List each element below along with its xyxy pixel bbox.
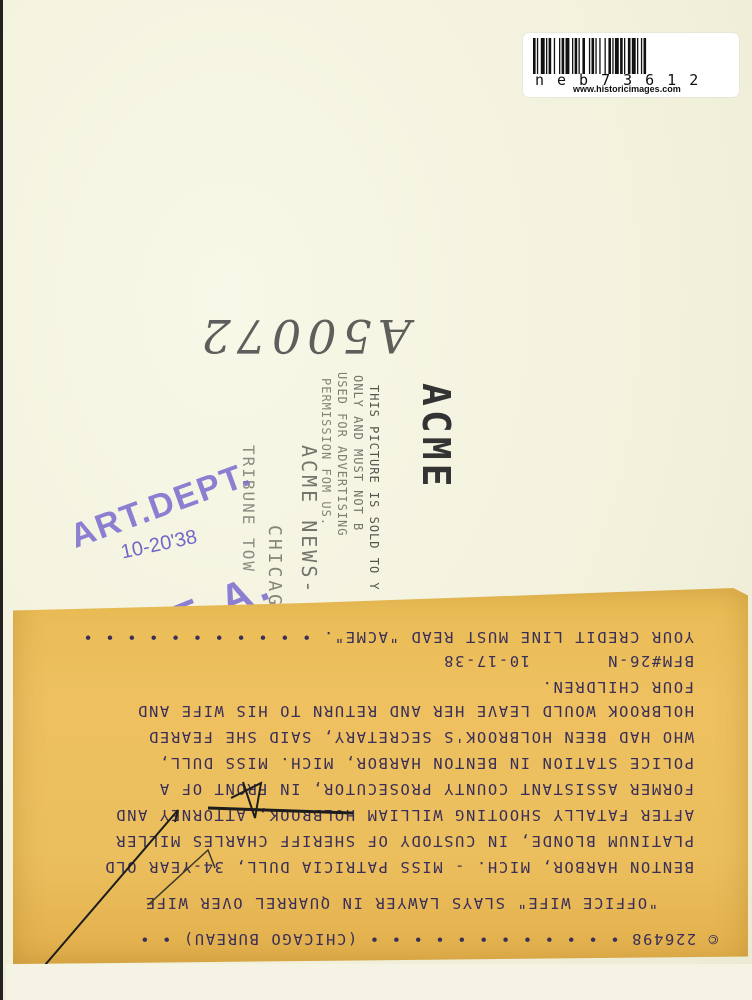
caption-body-line: WHO HAD BEEN HOLBROOK'S SECRETARY, SAID … [147,728,694,746]
barcode-icon [533,38,729,74]
bottom-margin [6,964,752,1000]
caption-bureau: • • • • • • • • • • • • (CHICAGO BUREAU)… [139,930,620,948]
caption-body-line: HOLBROOK WOULD LEAVE HER AND RETURN TO H… [136,702,694,720]
caption-body-line: POLICE STATION IN BENTON HARBOR, MICH. M… [158,754,694,772]
photo-back: neb73612 www.historicimages.com A50072 A… [0,0,752,1000]
caption-serial: © 226498 [631,930,718,948]
caption-body-line: PLATINUM BLONDE, IN CUSTODY OF SHERIFF C… [115,832,694,850]
barcode-url: www.historicimages.com [573,84,681,94]
caption-body-line: AFTER FATALLY SHOOTING WILLIAM HOLBROOK,… [115,806,694,824]
caption-body-line: FOUR CHILDREN. [541,678,694,696]
caption-body-line: BENTON HARBOR, MICH. - MISS PATRICIA DUL… [104,858,694,876]
caption-date: 10-17-38 [443,652,530,670]
caption-code: BFM#26-N [607,652,694,670]
acme-stamp-line: PERMISSION FOM US. [319,378,333,526]
credit-line: YOUR CREDIT LINE MUST READ "ACME". • • •… [82,628,694,646]
caption-code-date: BFM#26-N 10-17-38 [443,652,694,670]
caption-slip: YOUR CREDIT LINE MUST READ "ACME". • • •… [13,588,748,964]
acme-stamp-line: USED FOR ADVERTISING [335,372,349,537]
caption-headline: "OFFICE WIFE" SLAYS LAWYER IN QUARREL OV… [144,894,658,912]
caption-text: YOUR CREDIT LINE MUST READ "ACME". • • •… [13,588,748,964]
caption-serial-bureau: © 226498 • • • • • • • • • • • • (CHICAG… [139,930,718,948]
acme-stamp-line: ONLY AND MUST NOT B [351,375,365,531]
caption-body-line: FORMER ASSISTANT COUNTY PROSECUTOR, IN F… [158,780,694,798]
acme-stamp-title: ACME [414,383,458,491]
acme-stamp-line: THIS PICTURE IS SOLD TO Y [367,385,381,591]
handwritten-number: A50072 [211,296,411,376]
barcode-sticker: neb73612 www.historicimages.com [523,33,739,97]
acme-news-stamp: ACME NEWS- [297,445,321,595]
